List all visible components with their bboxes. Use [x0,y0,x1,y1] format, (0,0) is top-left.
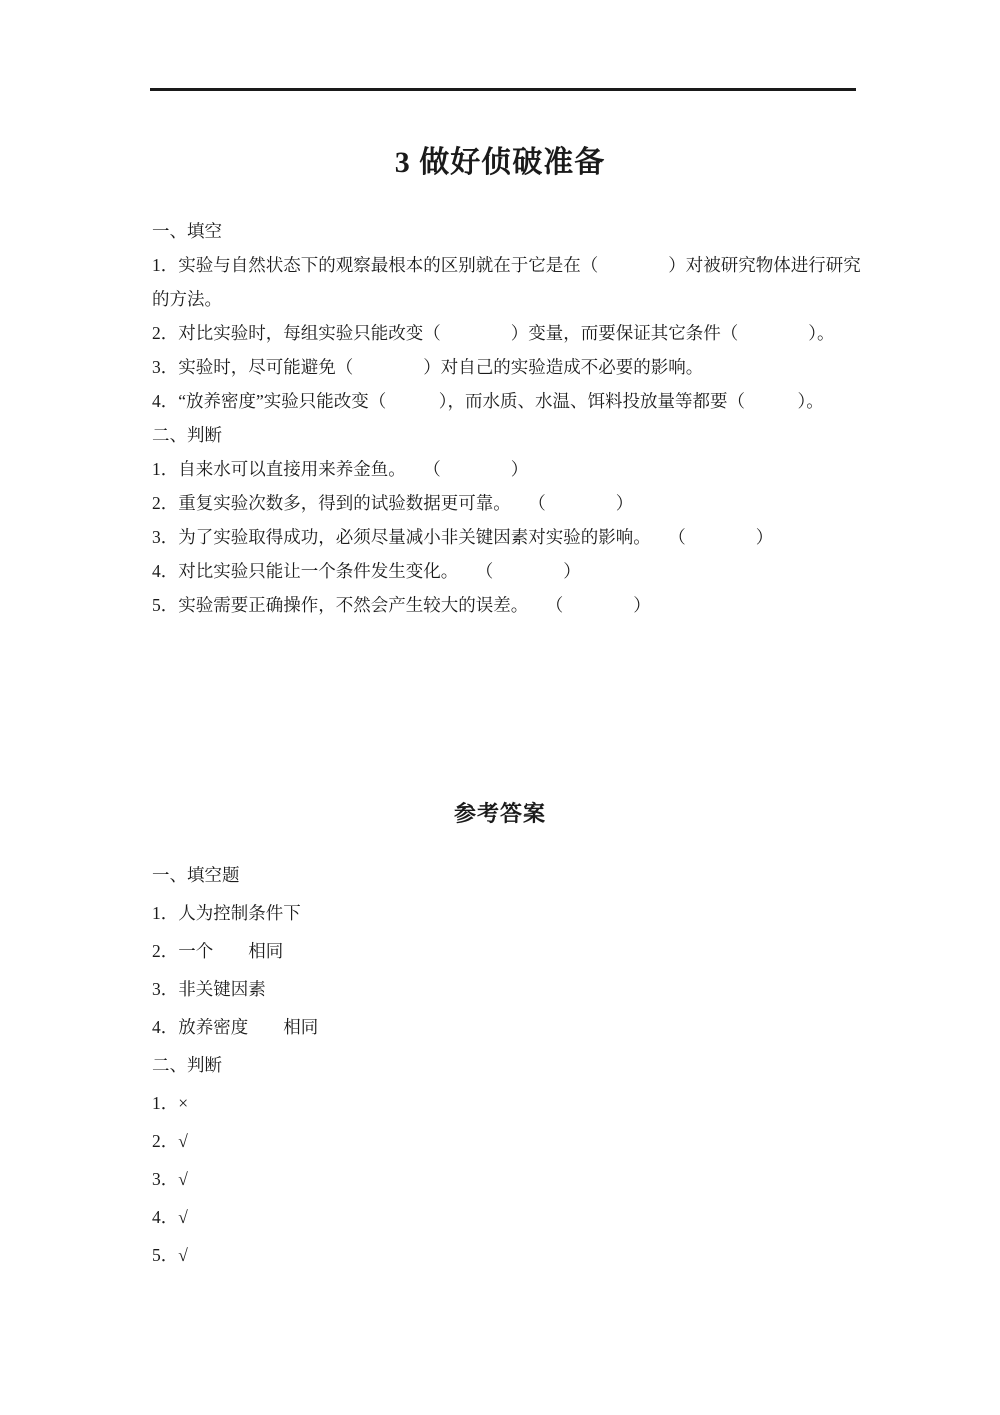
judge-question-3: 3．为了实验取得成功，必须尽量减小非关键因素对实验的影响。 （ ） [152,520,880,554]
answers-judge-1: 1．× [152,1084,880,1122]
judge-question-1: 1．自来水可以直接用来养金鱼。 （ ） [152,452,880,486]
judge-section-heading: 二、判断 [152,418,880,452]
answers-judge-2: 2．√ [152,1122,880,1160]
fill-section-heading: 一、填空 [152,214,880,248]
judge-question-2: 2．重复实验次数多，得到的试验数据更可靠。 （ ） [152,486,880,520]
fill-question-1-line-2: 的方法。 [152,282,880,316]
answers-fill-4: 4．放养密度 相同 [152,1008,880,1046]
answers-fill-3: 3．非关键因素 [152,970,880,1008]
answers-fill-heading: 一、填空题 [152,856,880,894]
answers-judge-5: 5．√ [152,1236,880,1274]
judge-section: 二、判断 1．自来水可以直接用来养金鱼。 （ ） 2．重复实验次数多，得到的试验… [152,418,880,622]
fill-question-4: 4．“放养密度”实验只能改变（ ），而水质、水温、饵料投放量等都要（ ）。 [152,384,880,418]
page-title: 3 做好侦破准备 [0,0,1000,184]
answers-fill-section: 一、填空题 1．人为控制条件下 2．一个 相同 3．非关键因素 4．放养密度 相… [152,856,880,1046]
answers-judge-heading: 二、判断 [152,1046,880,1084]
fill-question-2: 2．对比实验时，每组实验只能改变（ ）变量，而要保证其它条件（ ）。 [152,316,880,350]
fill-question-1-line-1: 1．实验与自然状态下的观察最根本的区别就在于它是在（ ）对被研究物体进行研究 [152,248,880,282]
question-section: 一、填空 1．实验与自然状态下的观察最根本的区别就在于它是在（ ）对被研究物体进… [152,214,880,622]
header-divider-rule [150,88,856,91]
answers-fill-2: 2．一个 相同 [152,932,880,970]
judge-question-4: 4．对比实验只能让一个条件发生变化。 （ ） [152,554,880,588]
answers-title: 参考答案 [0,798,1000,830]
answers-judge-section: 二、判断 1．× 2．√ 3．√ 4．√ 5．√ [152,1046,880,1274]
answers-judge-4: 4．√ [152,1198,880,1236]
answers-section: 一、填空题 1．人为控制条件下 2．一个 相同 3．非关键因素 4．放养密度 相… [152,856,880,1274]
worksheet-page: 3 做好侦破准备 一、填空 1．实验与自然状态下的观察最根本的区别就在于它是在（… [0,0,1000,1415]
fill-question-3: 3．实验时，尽可能避免（ ）对自己的实验造成不必要的影响。 [152,350,880,384]
fill-in-blank-section: 一、填空 1．实验与自然状态下的观察最根本的区别就在于它是在（ ）对被研究物体进… [152,214,880,418]
judge-question-5: 5．实验需要正确操作，不然会产生较大的误差。 （ ） [152,588,880,622]
answers-judge-3: 3．√ [152,1160,880,1198]
answers-fill-1: 1．人为控制条件下 [152,894,880,932]
